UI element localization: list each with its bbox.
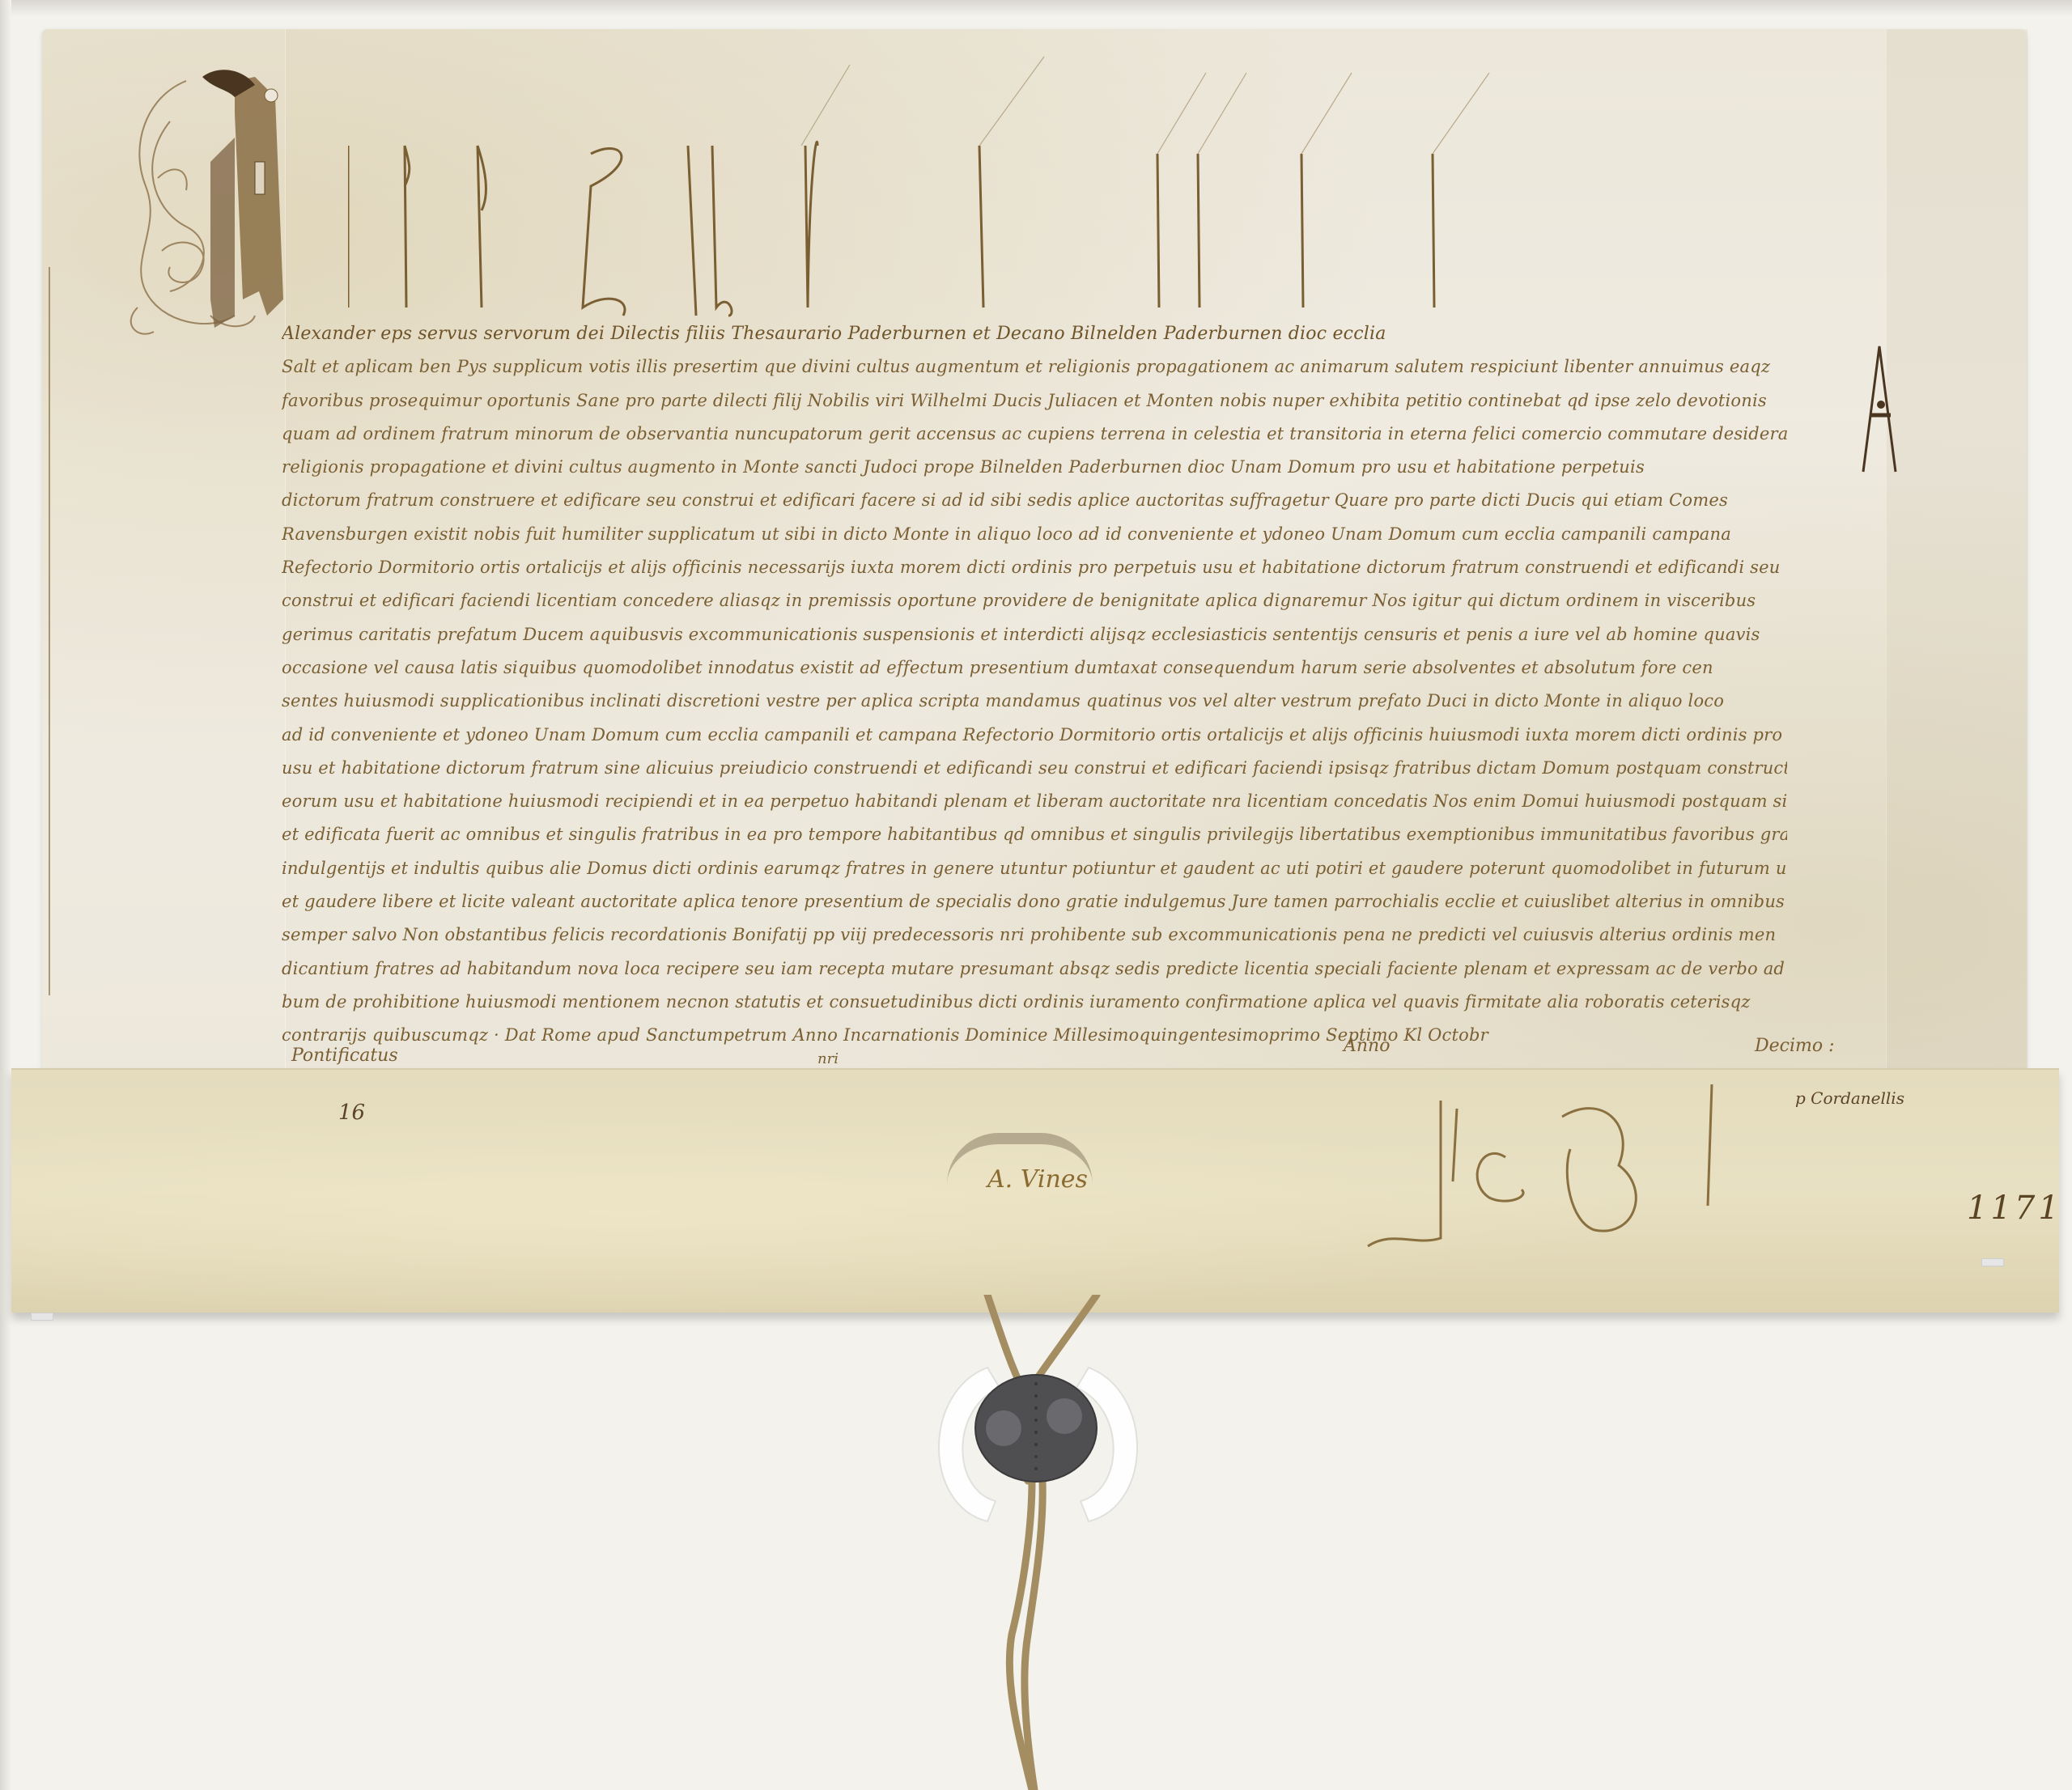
elongated-letters-header [348, 49, 1724, 340]
text-line: religionis propagatione et divini cultus… [282, 451, 1787, 484]
nri-label: nri [817, 1050, 839, 1067]
text-line: sentes huiusmodi supplicationibus inclin… [282, 685, 1787, 718]
mount-clip [1981, 1258, 2004, 1266]
text-line: Ravensburgen existit nobis fuit humilite… [282, 518, 1787, 551]
anno-label: Anno [1344, 1036, 1390, 1056]
text-line: usu et habitatione dictorum fratrum sine… [282, 752, 1787, 785]
text-line: favoribus prosequimur oportunis Sane pro… [282, 384, 1787, 418]
text-line: Refectorio Dormitorio ortis ortalicijs e… [282, 551, 1787, 584]
text-line: indulgentijs et indultis quibus alie Dom… [282, 852, 1787, 885]
plica-note-number: 16 [338, 1101, 365, 1125]
text-line: quam ad ordinem fratrum minorum de obser… [282, 418, 1787, 451]
decimo-label: Decimo : [1755, 1036, 1835, 1056]
bull-text-body: Alexander eps servus servorum dei Dilect… [282, 317, 1787, 1053]
text-line: dicantium fratres ad habitandum nova loc… [282, 952, 1787, 986]
plica-ornate-signature [1295, 1076, 1748, 1262]
text-line: eorum usu et habitatione huiusmodi recip… [282, 785, 1787, 818]
text-line: dictorum fratrum construere et edificare… [282, 484, 1787, 517]
text-line: construi et edificari faciendi licentiam… [282, 584, 1787, 617]
scribe-note: p Cordanellis [1795, 1088, 1904, 1108]
datum-line: contrarijs quibuscumqz · Dat Rome apud S… [282, 1019, 1787, 1052]
left-margin-rule [49, 267, 50, 995]
text-line: semper salvo Non obstantibus felicis rec… [282, 918, 1787, 952]
text-line: et edificata fuerit ac omnibus et singul… [282, 818, 1787, 851]
intitulatio-line: Alexander eps servus servorum dei Dilect… [282, 317, 1787, 350]
frame-edge-top [0, 0, 2072, 16]
pontificatus-label: Pontificatus [291, 1046, 398, 1066]
text-line: gerimus caritatis prefatum Ducem aquibus… [282, 618, 1787, 651]
frame-edge-left [0, 0, 11, 1790]
illuminated-initial-a-icon [113, 49, 356, 348]
mount-clip [31, 1313, 53, 1321]
registry-mark: 1171 [1967, 1190, 2062, 1227]
mylar-mount-strip-right [1886, 29, 2027, 1081]
text-line: bum de prohibitione huiusmodi mentionem … [282, 986, 1787, 1019]
text-line: ad id conveniente et ydoneo Unam Domum c… [282, 719, 1787, 752]
margin-letter-a-icon [1855, 338, 1904, 476]
text-line: occasione vel causa latis siquibus quomo… [282, 651, 1787, 685]
plica-signature-center: A. Vines [987, 1165, 1088, 1194]
text-line: Salt et aplicam ben Pys supplicum votis … [282, 350, 1787, 384]
text-line: et gaudere libere et licite valeant auct… [282, 885, 1787, 918]
lead-seal-assembly [890, 1295, 1295, 1790]
